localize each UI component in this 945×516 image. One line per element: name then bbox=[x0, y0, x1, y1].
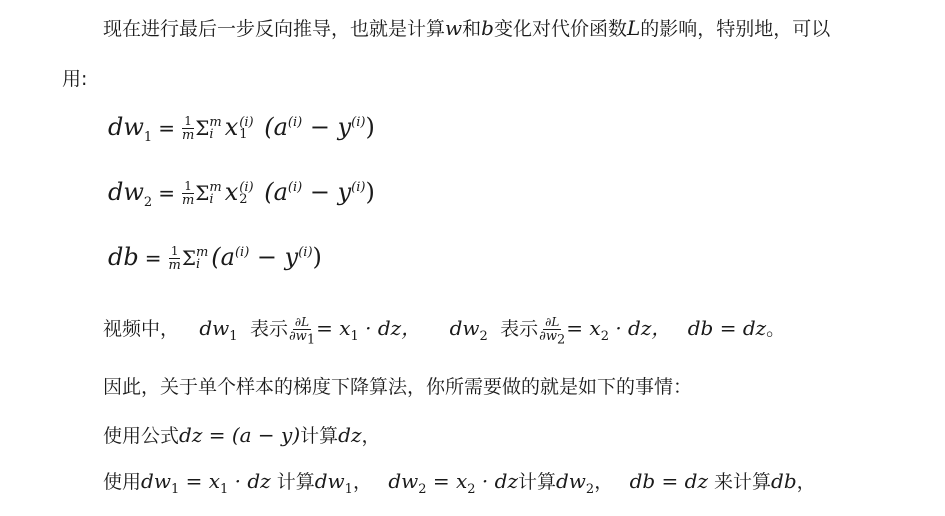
subscript: 2 bbox=[144, 195, 152, 210]
formula-lhs: db bbox=[108, 243, 139, 271]
term-y: − y bbox=[249, 243, 298, 271]
superscript: (i) bbox=[288, 115, 302, 130]
var-dw1: dw bbox=[199, 316, 229, 340]
step2-prefix: 使用 bbox=[103, 471, 141, 493]
compute-text: 计算 bbox=[518, 471, 556, 493]
rhs: = x bbox=[179, 469, 220, 493]
subscript: 1 bbox=[345, 482, 353, 497]
intro-text: 现在进行最后一步反向推导，也就是计算 bbox=[103, 18, 445, 40]
sum-sign: Σ bbox=[182, 246, 196, 270]
compute-text: 来计算 bbox=[708, 471, 771, 493]
video-prefix: 视频中， bbox=[103, 318, 179, 340]
numerator: ∂L bbox=[543, 316, 561, 330]
term-a: (a bbox=[211, 243, 235, 271]
var-b: b bbox=[481, 16, 494, 40]
subscript: 2 bbox=[557, 332, 565, 347]
denominator: m bbox=[182, 129, 194, 143]
term-a: (a bbox=[264, 178, 288, 206]
term-a: (a bbox=[264, 113, 288, 141]
superscript: (i) bbox=[235, 245, 249, 260]
fraction: 1m bbox=[182, 115, 194, 143]
subscript: 2 bbox=[479, 329, 487, 344]
den-text: ∂w bbox=[289, 329, 307, 344]
x-scripts: (i)2 bbox=[239, 182, 253, 206]
equals-sign: = bbox=[145, 246, 162, 270]
subscript: 1 bbox=[351, 329, 359, 344]
var-x: x bbox=[225, 178, 239, 206]
superscript: (i) bbox=[351, 180, 365, 195]
rhs: = x bbox=[427, 469, 468, 493]
dz-term: · dz bbox=[228, 469, 270, 493]
var-dw2: dw bbox=[450, 316, 480, 340]
sum-lower: i bbox=[209, 129, 221, 141]
sum-limits: mi bbox=[196, 247, 208, 271]
dz-term: · dz bbox=[476, 469, 518, 493]
dw1-target: dw bbox=[315, 469, 345, 493]
comma: ， bbox=[362, 425, 381, 447]
denominator: m bbox=[169, 259, 181, 273]
step1-line: 使用公式dz = (a − y)计算dz， bbox=[103, 421, 381, 448]
comma: ， bbox=[797, 471, 816, 493]
numerator: 1 bbox=[182, 115, 194, 129]
therefore-line: 因此，关于单个样本的梯度下降算法，你所需要做的就是如下的事情： bbox=[103, 372, 692, 399]
db-target: db bbox=[771, 469, 797, 493]
period: 。 bbox=[766, 318, 785, 340]
sum-sign: Σ bbox=[195, 181, 209, 205]
formula-db: db=1mΣmi(a(i) − y(i)) bbox=[108, 243, 322, 273]
dw2-formula: dw bbox=[388, 469, 418, 493]
means-text: 表示 bbox=[250, 318, 288, 340]
denominator: ∂w1 bbox=[289, 330, 315, 344]
equals-sign: = bbox=[158, 116, 175, 140]
term-y: − y bbox=[302, 113, 351, 141]
subscript: 2 bbox=[586, 482, 594, 497]
close-paren: ) bbox=[313, 243, 322, 271]
subscript: 1 bbox=[229, 329, 237, 344]
var-x: x bbox=[225, 113, 239, 141]
dw2-target: dw bbox=[556, 469, 586, 493]
means-text: 表示 bbox=[500, 318, 538, 340]
dz-target: dz bbox=[338, 423, 361, 447]
compute-text: 计算 bbox=[271, 471, 315, 493]
sum-lower: i bbox=[209, 194, 221, 206]
partial-fraction: ∂L∂w1 bbox=[289, 316, 315, 344]
dz-formula: dz = (a − y) bbox=[179, 423, 300, 447]
subscript: 2 bbox=[467, 482, 475, 497]
formula-dw2: dw2=1mΣmix(i)2 (a(i) − y(i)) bbox=[108, 178, 375, 208]
formula-lhs: dw bbox=[108, 113, 144, 141]
numerator: 1 bbox=[182, 180, 194, 194]
dw1-formula: dw bbox=[141, 469, 171, 493]
equation-rhs: = x bbox=[566, 316, 600, 340]
equation-rhs: = x bbox=[316, 316, 350, 340]
sum-limits: mi bbox=[209, 182, 221, 206]
intro-text-and: 和 bbox=[462, 18, 481, 40]
subscript: 2 bbox=[239, 194, 253, 206]
intro-text-end: 的影响，特别地，可以 bbox=[640, 18, 830, 40]
subscript: 1 bbox=[144, 130, 152, 145]
sum-limits: mi bbox=[209, 117, 221, 141]
term-y: − y bbox=[302, 178, 351, 206]
subscript: 2 bbox=[601, 329, 609, 344]
fraction: 1m bbox=[169, 245, 181, 273]
comma: ， bbox=[594, 471, 613, 493]
sum-lower: i bbox=[196, 259, 208, 271]
close-paren: ) bbox=[365, 178, 374, 206]
fraction: 1m bbox=[182, 180, 194, 208]
db-formula: db = dz bbox=[630, 469, 708, 493]
dz-term: · dz， bbox=[609, 316, 671, 340]
x-scripts: (i)1 bbox=[239, 117, 253, 141]
sum-sign: Σ bbox=[195, 116, 209, 140]
comma: ， bbox=[353, 471, 372, 493]
subscript: 1 bbox=[239, 129, 253, 141]
subscript: 2 bbox=[418, 482, 426, 497]
denominator: m bbox=[182, 194, 194, 208]
intro-paragraph-line1: 现在进行最后一步反向推导，也就是计算w和b变化对代价函数L的影响，特别地，可以 bbox=[103, 14, 830, 41]
var-w: w bbox=[445, 16, 462, 40]
intro-text-use: 用: bbox=[62, 68, 87, 90]
step2-line: 使用dw1 = x1 · dz 计算dw1， dw2 = x2 · dz计算dw… bbox=[103, 467, 816, 494]
subscript: 1 bbox=[307, 332, 315, 347]
formula-dw1: dw1=1mΣmix(i)1 (a(i) − y(i)) bbox=[108, 113, 375, 143]
den-text: ∂w bbox=[539, 329, 557, 344]
intro-paragraph-line2: 用: bbox=[62, 64, 87, 91]
partial-fraction: ∂L∂w2 bbox=[539, 316, 565, 344]
intro-text-mid: 变化对代价函数 bbox=[494, 18, 627, 40]
superscript: (i) bbox=[288, 180, 302, 195]
formula-lhs: dw bbox=[108, 178, 144, 206]
therefore-text: 因此，关于单个样本的梯度下降算法，你所需要做的就是如下的事情： bbox=[103, 376, 692, 398]
numerator: ∂L bbox=[293, 316, 311, 330]
superscript: (i) bbox=[351, 115, 365, 130]
equals-sign: = bbox=[158, 181, 175, 205]
video-explanation-line: 视频中， dw1 表示∂L∂w1= x1 · dz， dw2 表示∂L∂w2= … bbox=[103, 312, 785, 344]
var-L: L bbox=[627, 16, 640, 40]
subscript: 1 bbox=[171, 482, 179, 497]
dz-term: · dz， bbox=[359, 316, 421, 340]
denominator: ∂w2 bbox=[539, 330, 565, 344]
compute-text: 计算 bbox=[300, 425, 338, 447]
step1-prefix: 使用公式 bbox=[103, 425, 179, 447]
close-paren: ) bbox=[365, 113, 374, 141]
db-equation: db = dz bbox=[688, 316, 766, 340]
superscript: (i) bbox=[298, 245, 312, 260]
numerator: 1 bbox=[169, 245, 181, 259]
